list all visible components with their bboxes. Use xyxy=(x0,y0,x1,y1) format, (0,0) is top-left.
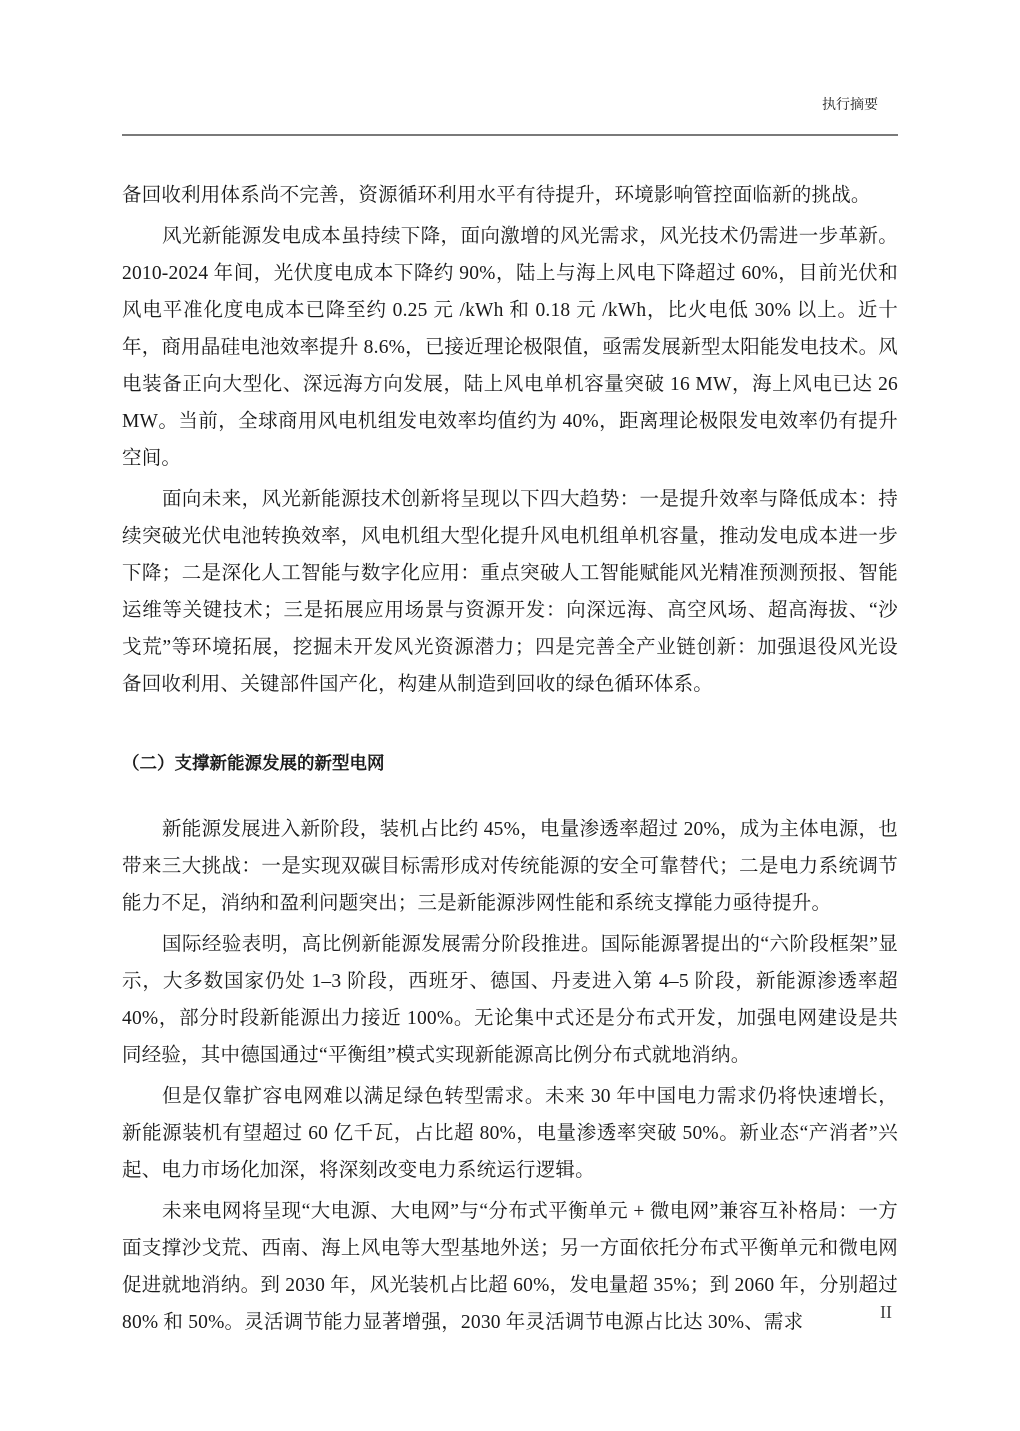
paragraph-intl-experience: 国际经验表明，高比例新能源发展需分阶段推进。国际能源署提出的“六阶段框架”显示，… xyxy=(122,926,898,1074)
paragraph-future-grid: 未来电网将呈现“大电源、大电网”与“分布式平衡单元 + 微电网”兼容互补格局：一… xyxy=(122,1193,898,1341)
paragraph-new-stage: 新能源发展进入新阶段，装机占比约 45%，电量渗透率超过 20%，成为主体电源，… xyxy=(122,811,898,922)
document-body: 备回收利用体系尚不完善，资源循环利用水平有待提升，环境影响管控面临新的挑战。 风… xyxy=(122,177,898,1341)
page-number: II xyxy=(880,1302,892,1323)
section-heading: （二）支撑新能源发展的新型电网 xyxy=(122,750,898,778)
paragraph-four-trends: 面向未来，风光新能源技术创新将呈现以下四大趋势：一是提升效率与降低成本：持续突破… xyxy=(122,481,898,703)
paragraph-wind-solar-cost: 风光新能源发电成本虽持续下降，面向激增的风光需求，风光技术仍需进一步革新。201… xyxy=(122,218,898,477)
header-divider xyxy=(122,134,898,136)
paragraph-grid-expansion: 但是仅靠扩容电网难以满足绿色转型需求。未来 30 年中国电力需求仍将快速增长，新… xyxy=(122,1078,898,1189)
running-header-title: 执行摘要 xyxy=(122,94,898,114)
paragraph-continuation: 备回收利用体系尚不完善，资源循环利用水平有待提升，环境影响管控面临新的挑战。 xyxy=(122,177,898,214)
